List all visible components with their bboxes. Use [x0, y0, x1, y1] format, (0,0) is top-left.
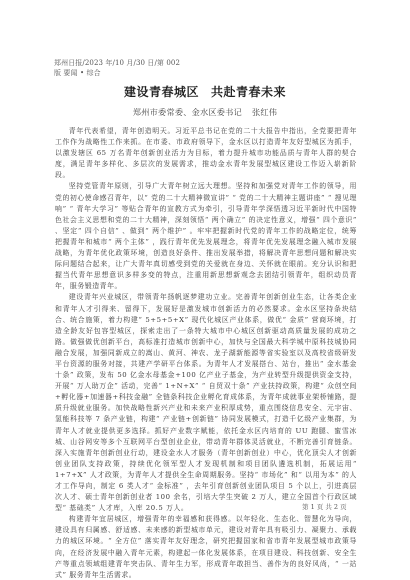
document-page: 郑州日报/2023 年/10 月/30 日/第 002 版 要闻 • 综合 建设…	[0, 0, 410, 580]
page-indicator: 第 1 页 共 2 页	[302, 502, 347, 512]
byline-role: 郑州市委常委、金水区委书记	[133, 107, 242, 117]
source-line: 郑州日报/2023 年/10 月/30 日/第 002	[54, 58, 180, 68]
paragraph: 构建青年宜居城区，增强青年的幸福感和获得感。以年轻化、生态化、智慧化为导向，建设…	[55, 514, 357, 580]
publication-meta: 郑州日报/2023 年/10 月/30 日/第 002 版 要闻 • 综合	[54, 58, 180, 78]
title-part-1: 建设青春城区	[124, 85, 199, 99]
paragraph: 坚持党管青年原则，引导广大青年树立远大理想。坚持和加强党对青年工作的领导，用党的…	[55, 181, 357, 292]
article-title: 建设青春城区共赴青春未来	[0, 84, 410, 100]
byline-name: 张红伟	[252, 107, 277, 117]
paragraph: 青年代表希望，青年创造明天。习近平总书记在党的二十大报告中指出，全党要把青年工作…	[55, 126, 357, 181]
title-part-2: 共赴青春未来	[211, 85, 286, 99]
paragraph: 建设青年兴业城区，带领青年扬帆逐梦建功立业。完善青年创新创业生态，让各类企业和青…	[55, 292, 357, 514]
article-byline: 郑州市委常委、金水区委书记张红伟	[0, 106, 410, 118]
section-line: 版 要闻 • 综合	[54, 68, 180, 78]
